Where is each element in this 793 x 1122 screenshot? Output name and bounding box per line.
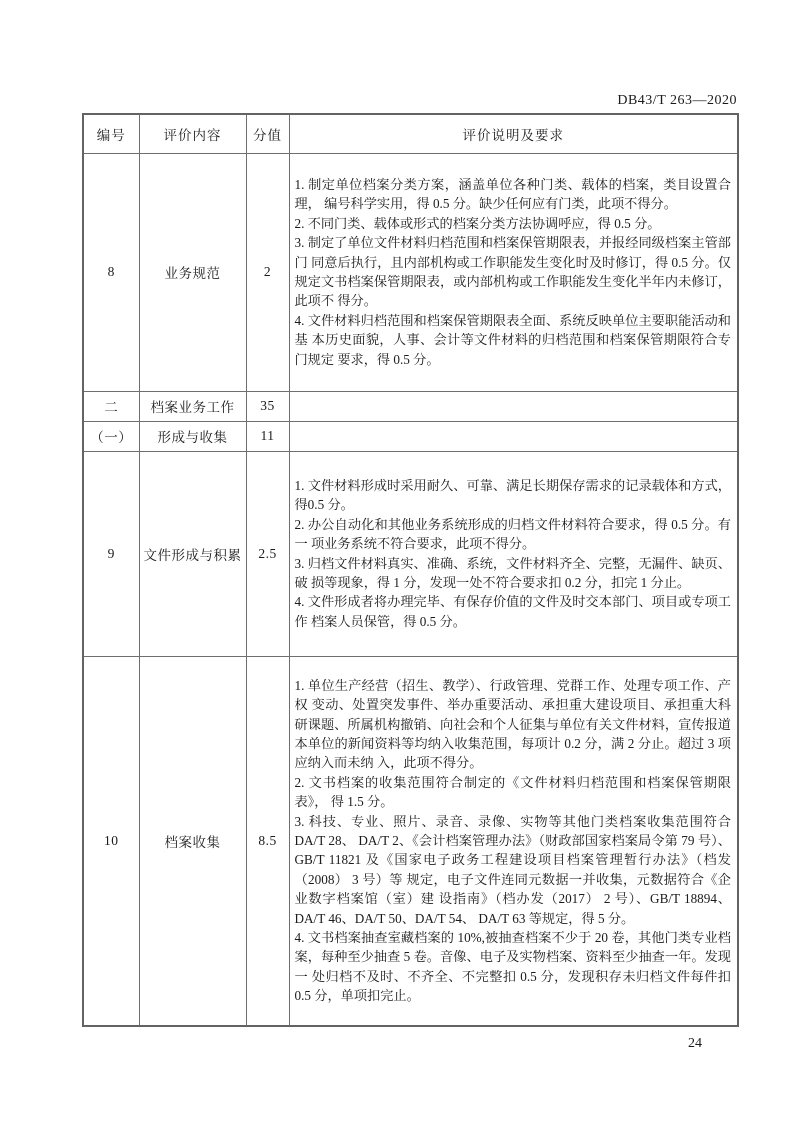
table-row: 10档案收集8.51. 单位生产经营（招生、教学）、行政管理、党群工作、处理专项…: [83, 656, 738, 1026]
header-cell-score: 分值: [246, 114, 289, 153]
description-paragraph: 3. 制定了单位文件材料归档范围和档案保管期限表，并报经同级档案主管部门 同意后…: [295, 233, 732, 311]
table-row: （一）形成与收集11: [83, 421, 738, 451]
table-body: 8业务规范21. 制定单位档案分类方案，涵盖单位各种门类、载体的档案，类目设置合…: [83, 153, 738, 1026]
evaluation-table: 编号 评价内容 分值 评价说明及要求 8业务规范21. 制定单位档案分类方案，涵…: [82, 113, 739, 1027]
row-score: 35: [246, 391, 289, 421]
row-description: 1. 文件材料形成时采用耐久、可靠、满足长期保存需求的记录载体和方式，得0.5 …: [289, 451, 738, 656]
description-paragraph: 1. 单位生产经营（招生、教学）、行政管理、党群工作、处理专项工作、产权 变动、…: [295, 676, 732, 773]
table-row: 二档案业务工作35: [83, 391, 738, 421]
page-number: 24: [688, 1036, 702, 1052]
header-cell-content: 评价内容: [139, 114, 246, 153]
table-row: 9文件形成与积累2.51. 文件材料形成时采用耐久、可靠、满足长期保存需求的记录…: [83, 451, 738, 656]
description-paragraph: 4. 文件形成者将办理完毕、有保存价值的文件及时交本部门、项目或专项工作 档案人…: [295, 592, 732, 631]
description-paragraph: 1. 制定单位档案分类方案，涵盖单位各种门类、载体的档案，类目设置合理， 编号科…: [295, 175, 732, 214]
row-content: 形成与收集: [139, 421, 246, 451]
row-description: [289, 391, 738, 421]
row-number: 二: [83, 391, 139, 421]
standard-code: DB43/T 263—2020: [617, 93, 737, 109]
row-content: 业务规范: [139, 153, 246, 391]
description-paragraph: 2. 办公自动化和其他业务系统形成的归档文件材料符合要求，得 0.5 分。有一 …: [295, 515, 732, 554]
row-score: 2.5: [246, 451, 289, 656]
row-number: 9: [83, 451, 139, 656]
description-paragraph: 2. 不同门类、载体或形式的档案分类方法协调呼应，得 0.5 分。: [295, 214, 732, 233]
description-paragraph: 3. 科技、专业、照片、录音、录像、实物等其他门类档案收集范围符合 DA/T 2…: [295, 812, 732, 928]
header-cell-number: 编号: [83, 114, 139, 153]
description-paragraph: 4. 文书档案抽查室藏档案的 10%,被抽查档案不少于 20 卷，其他门类专业档…: [295, 928, 732, 1006]
document-page: DB43/T 263—2020 编号 评价内容 分值 评价说明及要求 8业务规范…: [0, 0, 793, 1122]
description-paragraph: 3. 归档文件材料真实、准确、系统，文件材料齐全、完整，无漏件、缺页、破 损等现…: [295, 554, 732, 593]
row-content: 档案收集: [139, 656, 246, 1026]
row-number: 10: [83, 656, 139, 1026]
row-score: 2: [246, 153, 289, 391]
row-number: （一）: [83, 421, 139, 451]
description-paragraph: 2. 文书档案的收集范围符合制定的《文件材料归档范围和档案保管期限表》， 得 1…: [295, 773, 732, 812]
description-paragraph: 4. 文件材料归档范围和档案保管期限表全面、系统反映单位主要职能活动和基 本历史…: [295, 311, 732, 369]
row-content: 档案业务工作: [139, 391, 246, 421]
table-header-row: 编号 评价内容 分值 评价说明及要求: [83, 114, 738, 153]
row-score: 8.5: [246, 656, 289, 1026]
description-paragraph: 1. 文件材料形成时采用耐久、可靠、满足长期保存需求的记录载体和方式，得0.5 …: [295, 476, 732, 515]
row-description: 1. 单位生产经营（招生、教学）、行政管理、党群工作、处理专项工作、产权 变动、…: [289, 656, 738, 1026]
row-description: 1. 制定单位档案分类方案，涵盖单位各种门类、载体的档案，类目设置合理， 编号科…: [289, 153, 738, 391]
row-description: [289, 421, 738, 451]
header-cell-desc: 评价说明及要求: [289, 114, 738, 153]
row-content: 文件形成与积累: [139, 451, 246, 656]
row-number: 8: [83, 153, 139, 391]
row-score: 11: [246, 421, 289, 451]
table-row: 8业务规范21. 制定单位档案分类方案，涵盖单位各种门类、载体的档案，类目设置合…: [83, 153, 738, 391]
